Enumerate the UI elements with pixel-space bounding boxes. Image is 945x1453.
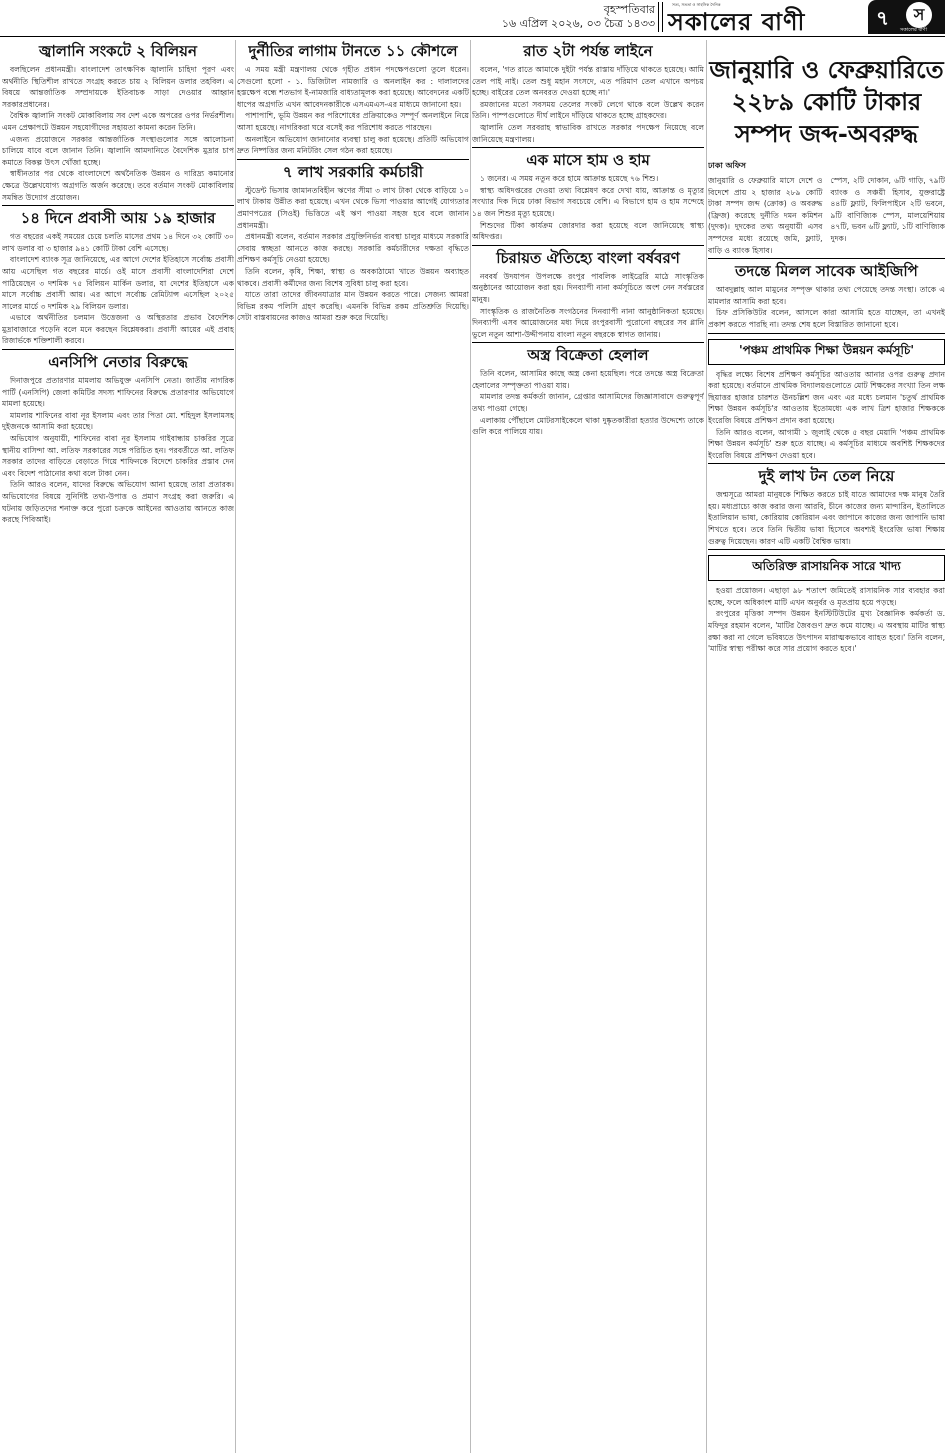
paragraph: তিনি বলেন, কৃষি, শিক্ষা, স্বাস্থ্য ও অবক… [237, 266, 469, 289]
column-divider [706, 40, 707, 1453]
article-former-igp: তদন্তে মিলল সাবেক আইজিপি আবদুল্লাহ আল মা… [708, 258, 945, 330]
headline: এনসিপি নেতার বিরুদ্ধে [2, 353, 234, 372]
paragraph: গত বছরের একই সময়ের চেয়ে চলতি মাসের প্র… [2, 231, 234, 254]
date-block: বৃহস্পতিবার ১৬ এপ্রিল ২০২৬, ০৩ চৈত্র ১৪৩… [502, 3, 655, 31]
column-2: দুর্নীতির লাগাম টানতে ১১ কৌশলে এ সময় মন… [237, 40, 469, 1453]
two-column-body: জানুয়ারি ও ফেব্রুয়ারি মাসে দেশে ও বিদে… [708, 175, 945, 256]
article-fuel-queue: রাত ২টা পর্যন্ত লাইনে বলেন, 'গত রাতে আমা… [472, 42, 704, 145]
paragraph: শিশুদের টিকা কার্যক্রম জোরদার করা হয়েছে… [472, 220, 704, 243]
headline: চিরায়ত ঐতিহ্যে বাংলা বর্ষবরণ [472, 249, 704, 268]
paragraph: রমজানের মতো সবসময় তেলের সংকট লেগে থাকে … [472, 99, 704, 122]
paragraph: বাংলাদেশ ব্যাংক সূত্র জানিয়েছে, এর আগে … [2, 254, 234, 312]
column-divider [235, 40, 236, 1453]
paragraph: প্রধানমন্ত্রী বলেন, বর্তমান সরকার প্রযুক… [237, 231, 469, 266]
issue-date: ১৬ এপ্রিল ২০২৬, ০৩ চৈত্র ১৪৩৩ [502, 17, 655, 31]
headline: জ্বালানি সংকটে ২ বিলিয়ন [2, 42, 234, 61]
page-number-box: ৭ স সকালের বাণী [868, 0, 945, 34]
headline: দুর্নীতির লাগাম টানতে ১১ কৌশলে [237, 42, 469, 61]
lead-headline: জানুয়ারি ও ফেব্রুয়ারিতে ২২৮৯ কোটি টাকা… [708, 54, 945, 150]
newspaper-name: সকালের বাণী [668, 4, 805, 44]
article-govt-employees: ৭ লাখ সরকারি কর্মচারী স্টুডেন্ট ভিসায় জ… [237, 159, 469, 324]
article-lead-asset-seizure: জানুয়ারি ও ফেব্রুয়ারিতে ২২৮৯ কোটি টাকা… [708, 54, 945, 256]
paragraph: বলছিলেন প্রধানমন্ত্রী। বাংলাদেশ তাৎক্ষণি… [2, 64, 234, 110]
paragraph: জ্বালানি তেল সরবরাহ স্বাভাবিক রাখতে সরকা… [472, 122, 704, 145]
masthead-rule [0, 36, 945, 37]
paragraph: যাতে তারা তাদের জীবনযাত্রার মান উন্নয়ন … [237, 289, 469, 324]
paragraph: এলাকায় পৌঁছালে মোটরসাইকেলে থাকা দুষ্কৃত… [472, 415, 704, 438]
paragraph: স্বাস্থ্য অধিদপ্তরের দেওয়া তথ্য বিশ্লেষ… [472, 185, 704, 220]
boxed-headline: 'পঞ্চম প্রাথমিক শিক্ষা উন্নয়ন কর্মসূচি' [708, 339, 945, 365]
paragraph: তিনি বলেন, আসামির কাছে অস্ত্র কেনা হয়েছ… [472, 368, 704, 391]
paragraph: স্পেস, ২টি দোকান, ৬টি গাড়ি, ৭৯টি ব্যাংক… [831, 175, 945, 245]
headline: তদন্তে মিলল সাবেক আইজিপি [708, 262, 945, 281]
paragraph: এভাবে অর্থনীতির চলমান উত্তেজনা ও অস্থিরত… [2, 312, 234, 347]
paragraph: মামলার তদন্ত কর্মকর্তা জানান, গ্রেপ্তার … [472, 391, 704, 414]
logo-icon: স [906, 2, 932, 28]
headline: রাত ২টা পর্যন্ত লাইনে [472, 42, 704, 61]
article-bengali-new-year: চিরায়ত ঐতিহ্যে বাংলা বর্ষবরণ নববর্ষ উদয… [472, 245, 704, 341]
column-divider [470, 40, 471, 1453]
headline: এক মাসে হাম ও হাম [472, 151, 704, 170]
column-4: জানুয়ারি ও ফেব্রুয়ারিতে ২২৮৯ কোটি টাকা… [708, 40, 945, 1453]
headline: দুই লাখ টন তেল নিয়ে [708, 467, 945, 486]
masthead: বৃহস্পতিবার ১৬ এপ্রিল ২০২৬, ০৩ চৈত্র ১৪৩… [0, 0, 945, 34]
paragraph: এ সময় মন্ত্রী মন্ত্রণালয় থেকে গৃহীত প্… [237, 64, 469, 110]
boxed-headline: অতিরিক্ত রাসায়নিক সারে খাদ্য [708, 555, 945, 581]
article-chemical-fertilizer: অতিরিক্ত রাসায়নিক সারে খাদ্য হওয়া প্রয… [708, 549, 945, 655]
paragraph: মামলায় শাফিনের বাবা নূর ইসলাম এবং তার প… [2, 410, 234, 433]
article-primary-education: 'পঞ্চম প্রাথমিক শিক্ষা উন্নয়ন কর্মসূচি'… [708, 333, 945, 462]
weekday: বৃহস্পতিবার [502, 3, 655, 17]
paragraph: বলেন, 'গত রাতে আমাকে দুইটা পর্যন্ত রাস্ত… [472, 64, 704, 99]
headline: অস্ত্র বিক্রেতা হেলাল [472, 346, 704, 365]
paragraph: এজন্য প্রয়োজনে সরকার আন্তর্জাতিক সংস্থা… [2, 134, 234, 169]
paragraph: চিফ প্রসিকিউটর বলেন, আসলে কারা আসামি হতে… [708, 307, 945, 330]
article-anti-corruption: দুর্নীতির লাগাম টানতে ১১ কৌশলে এ সময় মন… [237, 42, 469, 157]
paragraph: জানুয়ারি ও ফেব্রুয়ারি মাসে দেশে ও বিদে… [708, 175, 823, 256]
paragraph: ১ জনের। এ সময় নতুন করে হামে আক্রান্ত হয… [472, 173, 704, 185]
article-remittance: ১৪ দিনে প্রবাসী আয় ১৯ হাজার গত বছরের এক… [2, 205, 234, 347]
paragraph: বৃদ্ধির লক্ষ্যে বিশেষ প্রশিক্ষণ কর্মসূচি… [708, 369, 945, 427]
paragraph: অনলাইনে অভিযোগ জানানোর ব্যবস্থা চালু করা… [237, 134, 469, 157]
paragraph: রংপুরের মৃত্তিকা সম্পদ উন্নয়ন ইনস্টিটিউ… [708, 608, 945, 654]
article-arms-dealer: অস্ত্র বিক্রেতা হেলাল তিনি বলেন, আসামির … [472, 342, 704, 438]
paragraph: পাশাপাশি, ভূমি উন্নয়ন কর পরিশোধের প্রক্… [237, 110, 469, 133]
headline: ১৪ দিনে প্রবাসী আয় ১৯ হাজার [2, 209, 234, 228]
article-measles: এক মাসে হাম ও হাম ১ জনের। এ সময় নতুন কর… [472, 147, 704, 243]
paragraph: তিনি আরও বলেন, আগামী ১ জুলাই থেকে ৫ বছর … [708, 427, 945, 462]
byline: ঢাকা অফিস [708, 160, 945, 173]
column-1: জ্বালানি সংকটে ২ বিলিয়ন বলছিলেন প্রধানম… [2, 40, 234, 1453]
logo-caption: সকালের বাণী [900, 27, 927, 35]
column-3: রাত ২টা পর্যন্ত লাইনে বলেন, 'গত রাতে আমা… [472, 40, 704, 1453]
article-energy-crisis: জ্বালানি সংকটে ২ বিলিয়ন বলছিলেন প্রধানম… [2, 42, 234, 203]
paragraph: বৈশ্বিক জ্বালানি সংকট মোকাবিলায় সব দেশ … [2, 110, 234, 133]
paragraph: সাংস্কৃতিক ও রাজনৈতিক সংগঠনের দিনব্যাপী … [472, 306, 704, 341]
paragraph: হওয়া প্রয়োজন। এছাড়া ৯৮ শতাংশ জমিতেই র… [708, 585, 945, 608]
paragraph: জন্মসূত্রে আমরা মানুষকে শিক্ষিত করতে চাই… [708, 489, 945, 547]
headline: ৭ লাখ সরকারি কর্মচারী [237, 163, 469, 182]
paragraph: স্টুডেন্ট ভিসায় জামানতবিহীন ঋণের সীমা ৩… [237, 185, 469, 231]
article-oil-shipment: দুই লাখ টন তেল নিয়ে জন্মসূত্রে আমরা মান… [708, 463, 945, 547]
paragraph: তিনি আরও বলেন, যাদের বিরুদ্ধে অভিযোগ আনা… [2, 479, 234, 525]
paragraph: দিনাজপুরে প্রতারণার মামলায় অভিযুক্ত এনস… [2, 375, 234, 410]
masthead-divider [658, 2, 663, 32]
paragraph: অভিযোগ অনুযায়ী, শাফিনের বাবা নূর ইসলাম … [2, 433, 234, 479]
page-number: ৭ [876, 4, 889, 37]
paragraph: নববর্ষ উদযাপন উপলক্ষে রংপুর পাবলিক লাইব্… [472, 271, 704, 306]
article-ncp-leader: এনসিপি নেতার বিরুদ্ধে দিনাজপুরে প্রতারণা… [2, 349, 234, 526]
paragraph: স্বাধীনতার পর থেকে বাংলাদেশে অর্থনৈতিক উ… [2, 168, 234, 203]
paragraph: আবদুল্লাহ আল মামুনের সম্পৃক্ত থাকার তথ্য… [708, 284, 945, 307]
